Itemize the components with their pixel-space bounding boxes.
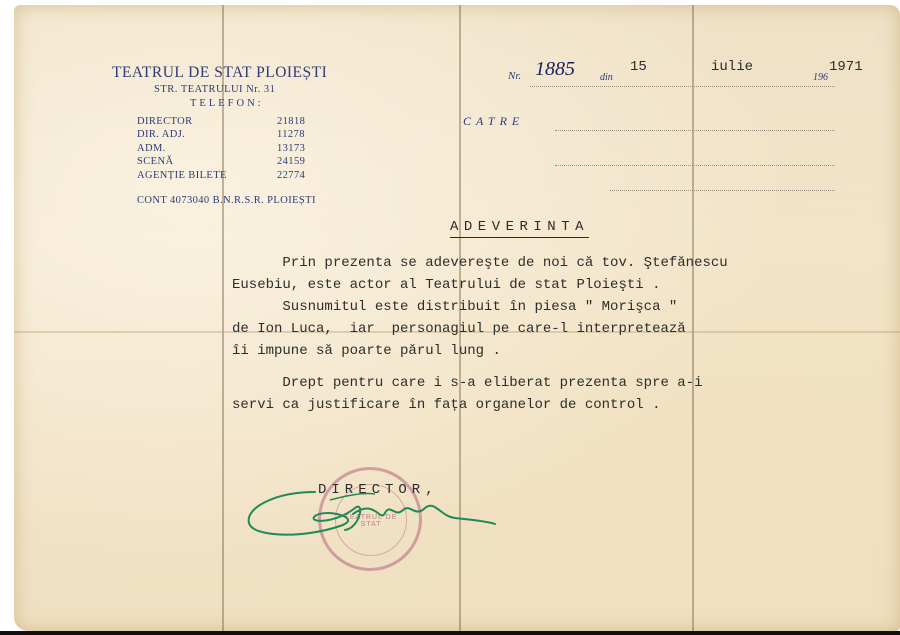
institution-name: TEATRUL DE STAT PLOIEȘTI [112,64,327,82]
document-body: Prin prezenta se adevereşte de noi că to… [232,252,852,416]
body-line: Drept pentru care i s-a eliberat prezent… [232,372,852,394]
signature-icon [245,478,505,548]
phone-label: SCENĂ [137,156,173,167]
dotted-line [530,86,835,87]
phone-number: 13173 [277,143,305,154]
recipient-dotted-line [555,130,835,131]
phone-number: 22774 [277,170,305,181]
recipient-label: CATRE [463,114,524,129]
phone-row: SCENĂ24159 [137,156,417,169]
letterhead: TEATRUL DE STAT PLOIEȘTI STR. TEATRULUI … [112,64,327,82]
nr-label: Nr. [508,70,521,82]
phone-heading: TELEFON: [190,98,264,109]
registration-number: 1885 [535,58,575,81]
body-line: îi impune să poarte părul lung . [232,340,852,362]
recipient-dotted-line [555,165,835,166]
document-title: ADEVERINTA [450,219,589,238]
body-line: de Ion Luca, iar personagiul pe care-l i… [232,318,852,340]
body-line: Prin prezenta se adevereşte de noi că to… [232,252,852,274]
phone-label: DIRECTOR [137,116,193,127]
phone-row: DIRECTOR21818 [137,116,417,129]
recipient-dotted-line [610,190,835,191]
phone-list: DIRECTOR21818 DIR. ADJ.11278 ADM.13173 S… [137,116,417,183]
phone-row: DIR. ADJ.11278 [137,129,417,142]
body-line: Susnumitul este distribuit în piesa " Mo… [232,296,852,318]
phone-number: 24159 [277,156,305,167]
phone-label: ADM. [137,143,166,154]
phone-number: 11278 [277,129,305,140]
phone-number: 21818 [277,116,305,127]
phone-row: AGENȚIE BILETE22774 [137,170,417,183]
date-day: 15 [630,59,647,75]
phone-row: ADM.13173 [137,143,417,156]
phone-label: AGENȚIE BILETE [137,170,227,181]
bottom-edge [0,631,900,635]
date-year: 1971 [829,59,863,75]
body-line: Eusebiu, este actor al Teatrului de stat… [232,274,852,296]
din-label: din [600,72,613,83]
phone-label: DIR. ADJ. [137,129,185,140]
street-address: STR. TEATRULUI Nr. 31 [154,84,275,95]
body-line: servi ca justificare în fața organelor d… [232,394,852,416]
date-month: iulie [711,59,753,75]
year-prefix: 196 [813,72,828,83]
bank-account: CONT 4073040 B.N.R.S.R. PLOIEȘTI [137,195,316,206]
